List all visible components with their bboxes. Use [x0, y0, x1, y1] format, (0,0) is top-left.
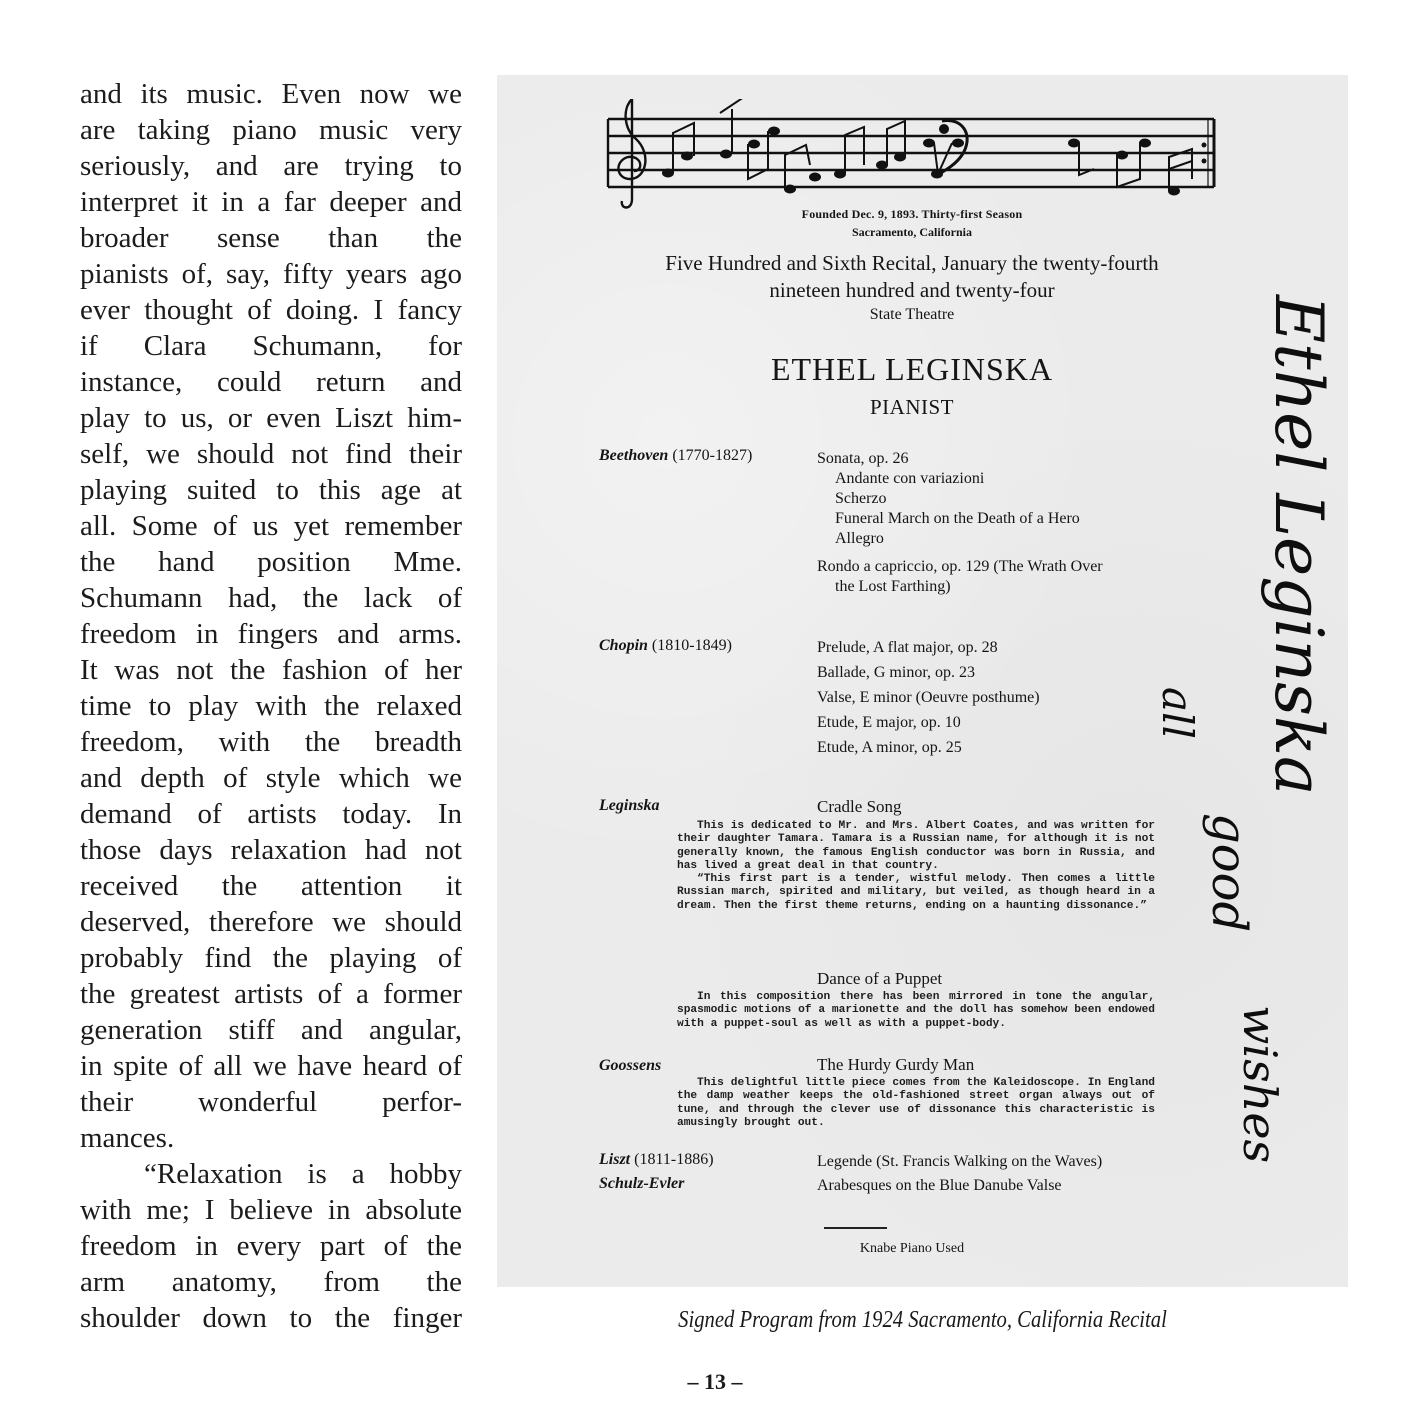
- music-staff-icon: [602, 99, 1222, 209]
- composer-name: Beethoven: [599, 447, 668, 464]
- recital-title-line1: Five Hundred and Sixth Recital, January …: [497, 251, 1327, 276]
- handwritten-signature: Ethel Leginska: [1260, 295, 1337, 795]
- body-text-line: freedom in every part of the: [80, 1228, 462, 1264]
- work-sonata: Sonata, op. 26: [817, 449, 1080, 469]
- chopin-works: Prelude, A flat major, op. 28 Ballade, G…: [817, 635, 1040, 760]
- body-text-line: ever thought of doing. I fancy: [80, 292, 462, 328]
- city-line: Sacramento, California: [497, 225, 1327, 240]
- recital-title-line2: nineteen hundred and twenty-four: [497, 278, 1327, 303]
- composer-name: Schulz-Evler: [599, 1175, 684, 1192]
- movement: Allegro: [817, 529, 1080, 549]
- body-text-line: arm anatomy, from the: [80, 1264, 462, 1300]
- body-text-line: in spite of all we have heard of: [80, 1048, 462, 1084]
- body-text-line: shoulder down to the finger: [80, 1300, 462, 1336]
- body-text-line: probably find the playing of: [80, 940, 462, 976]
- body-text-line: are taking piano music very: [80, 112, 462, 148]
- body-text-line: “Relaxation is a hobby: [80, 1156, 462, 1192]
- body-text-line: received the attention it: [80, 868, 462, 904]
- body-text-line: broader sense than the: [80, 220, 462, 256]
- body-text-line: freedom, with the breadth: [80, 724, 462, 760]
- body-text-column: and its music. Even now weare taking pia…: [80, 76, 462, 1336]
- body-text-line: pianists of, say, fifty years ago: [80, 256, 462, 292]
- work-rondo: Rondo a capriccio, op. 129 (The Wrath Ov…: [817, 557, 1103, 577]
- composer-beethoven: Beethoven (1770-1827): [599, 447, 752, 465]
- body-text-line: those days relaxation had not: [80, 832, 462, 868]
- body-text-line: interpret it in a far deeper and: [80, 184, 462, 220]
- piece-hurdy-gurdy-man: The Hurdy Gurdy Man: [817, 1055, 974, 1075]
- body-text-line: playing suited to this age at: [80, 472, 462, 508]
- handwritten-inscription-word: good: [1201, 813, 1257, 932]
- note-paragraph: This is dedicated to Mr. and Mrs. Albert…: [677, 820, 1155, 873]
- hurdy-gurdy-note: This delightful little piece comes from …: [677, 1077, 1155, 1130]
- composer-dates: (1811-1886): [634, 1151, 713, 1168]
- body-text-line: freedom in fingers and arms.: [80, 616, 462, 652]
- composer-schulz-evler: Schulz-Evler: [599, 1175, 684, 1193]
- handwritten-inscription-word: wishes: [1233, 1005, 1287, 1163]
- work: Valse, E minor (Oeuvre posthume): [817, 685, 1040, 710]
- composer-dates: (1770-1827): [672, 447, 752, 464]
- work: Etude, E major, op. 10: [817, 710, 1040, 735]
- body-text-line: with me; I believe in absolute: [80, 1192, 462, 1228]
- composer-chopin: Chopin (1810-1849): [599, 637, 732, 655]
- work-rondo-cont: the Lost Farthing): [817, 577, 1103, 597]
- figure-caption: Signed Program from 1924 Sacramento, Cal…: [557, 1307, 1289, 1334]
- note-paragraph: This delightful little piece comes from …: [677, 1077, 1155, 1130]
- body-text-line: if Clara Schumann, for: [80, 328, 462, 364]
- divider: [824, 1227, 887, 1229]
- artist-role: PIANIST: [497, 395, 1327, 420]
- movement: Funeral March on the Death of a Hero: [817, 509, 1080, 529]
- composer-name: Liszt: [599, 1151, 630, 1168]
- body-text-line: their wonderful perfor-: [80, 1084, 462, 1120]
- note-paragraph: In this composition there has been mirro…: [677, 991, 1155, 1031]
- piece-dance-of-a-puppet: Dance of a Puppet: [817, 969, 942, 989]
- body-text-line: the greatest artists of a former: [80, 976, 462, 1012]
- puppet-note: In this composition there has been mirro…: [677, 991, 1155, 1031]
- composer-dates: (1810-1849): [652, 637, 732, 654]
- artist-name: ETHEL LEGINSKA: [497, 351, 1327, 388]
- composer-leginska: Leginska: [599, 797, 659, 815]
- body-text-line: the hand position Mme.: [80, 544, 462, 580]
- composer-liszt: Liszt (1811-1886): [599, 1151, 714, 1169]
- body-text-line: self, we should not find their: [80, 436, 462, 472]
- body-text-line: generation stiff and angular,: [80, 1012, 462, 1048]
- body-text-line: deserved, therefore we should: [80, 904, 462, 940]
- movement: Scherzo: [817, 489, 1080, 509]
- body-text-line: seriously, and are trying to: [80, 148, 462, 184]
- composer-goossens: Goossens: [599, 1057, 661, 1075]
- body-text-line: and its music. Even now we: [80, 76, 462, 112]
- liszt-work: Legende (St. Francis Walking on the Wave…: [817, 1152, 1102, 1172]
- beethoven-works: Sonata, op. 26 Andante con variazioni Sc…: [817, 449, 1080, 549]
- body-text-line: Schumann had, the lack of: [80, 580, 462, 616]
- body-text-line: play to us, or even Liszt him-: [80, 400, 462, 436]
- venue: State Theatre: [497, 306, 1327, 324]
- composer-name: Goossens: [599, 1057, 661, 1074]
- piece-cradle-song: Cradle Song: [817, 797, 902, 817]
- body-text-line: time to play with the relaxed: [80, 688, 462, 724]
- schulz-evler-work: Arabesques on the Blue Danube Valse: [817, 1176, 1062, 1196]
- movement: Andante con variazioni: [817, 469, 1080, 489]
- composer-name: Leginska: [599, 797, 659, 814]
- founded-line: Founded Dec. 9, 1893. Thirty-first Seaso…: [497, 207, 1327, 222]
- note-paragraph: “This first part is a tender, wistful me…: [677, 873, 1155, 913]
- work: Ballade, G minor, op. 23: [817, 660, 1040, 685]
- body-text-line: all. Some of us yet remember: [80, 508, 462, 544]
- body-text-line: It was not the fashion of her: [80, 652, 462, 688]
- body-text-line: mances.: [80, 1120, 462, 1156]
- handwritten-inscription-word: all: [1153, 687, 1202, 739]
- page-number: – 13 –: [660, 1369, 770, 1395]
- signed-program-image: Founded Dec. 9, 1893. Thirty-first Seaso…: [497, 75, 1348, 1287]
- body-text-line: demand of artists today. In: [80, 796, 462, 832]
- work: Prelude, A flat major, op. 28: [817, 635, 1040, 660]
- cradle-song-note: This is dedicated to Mr. and Mrs. Albert…: [677, 820, 1155, 913]
- body-text-line: and depth of style which we: [80, 760, 462, 796]
- piano-note: Knabe Piano Used: [497, 1241, 1327, 1257]
- beethoven-rondo: Rondo a capriccio, op. 129 (The Wrath Ov…: [817, 557, 1103, 597]
- body-text-line: instance, could return and: [80, 364, 462, 400]
- work: Etude, A minor, op. 25: [817, 735, 1040, 760]
- composer-name: Chopin: [599, 637, 648, 654]
